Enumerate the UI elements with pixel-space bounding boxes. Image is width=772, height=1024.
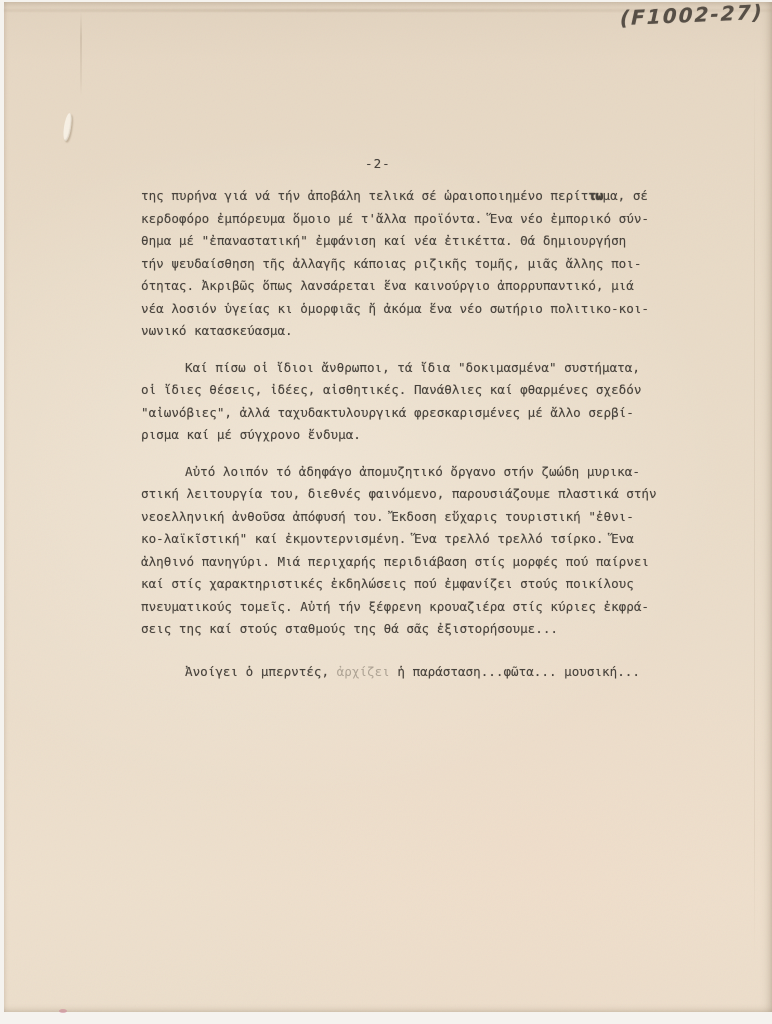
document-page: (F1002-27) -2- της πυρήνα γιά νά τήν ἀπο… bbox=[4, 2, 772, 1012]
text-line: ότητας. Ἀκριβῶς ὅπως λανσάρεται ἕνα καιν… bbox=[141, 275, 686, 298]
paper-crease-left bbox=[80, 12, 82, 96]
typewritten-text: της πυρήνα γιά νά τήν ἀποβάλη τελικά σέ … bbox=[141, 185, 686, 683]
text-line: ἀληθινό πανηγύρι. Μιά περιχαρής περιδιάβ… bbox=[141, 551, 686, 574]
paragraph-4: Ἀνοίγει ὁ μπερντές, ἀρχίζει ἡ παράσταση.… bbox=[141, 661, 686, 684]
text-line: τήν ψευδαίσθηση τῆς ἀλλαγῆς κάποιας ριζι… bbox=[141, 253, 686, 276]
text-line: πνευματικούς τομεῖς. Αὐτή τήν ξέφρενη κρ… bbox=[141, 596, 686, 619]
text-segment: ἡ παράσταση...φῶτα... μουσική... bbox=[390, 664, 640, 679]
text-line: καί στίς χαρακτηριστικές ἐκδηλώσεις πού … bbox=[141, 573, 686, 596]
text-line: ρισμα καί μέ σύγχρονο ἔνδυμα. bbox=[141, 424, 686, 447]
text-line: νέα λοσιόν ὑγείας κι ὁμορφιᾶς ἤ ἀκόμα ἕν… bbox=[141, 298, 686, 321]
text-line: Καί πίσω οἱ ἴδιοι ἄνθρωποι, τά ἴδια "δοκ… bbox=[141, 357, 686, 380]
text-line: Ἀνοίγει ὁ μπερντές, ἀρχίζει ἡ παράσταση.… bbox=[141, 661, 686, 684]
text-line: νεοελληνική ἀνθοῦσα ἀπόφυσή του. Ἔκδοση … bbox=[141, 506, 686, 529]
text-line: "αἰωνόβιες", ἀλλά ταχυδακτυλουργικά φρεσ… bbox=[141, 402, 686, 425]
text-line: Αὐτό λοιπόν τό ἀδηφάγο ἀπομυζητικό ὄργαν… bbox=[141, 461, 686, 484]
text-line: στική λειτουργία του, διεθνές φαινόμενο,… bbox=[141, 483, 686, 506]
text-line: σεις της καί στούς σταθμούς της θά σᾶς ἐ… bbox=[141, 618, 686, 641]
text-line: νωνικό κατασκεύασμα. bbox=[141, 320, 686, 343]
faded-text: ἀρχίζει bbox=[337, 664, 390, 679]
handwritten-annotation: (F1002-27) bbox=[620, 0, 764, 30]
page-number: -2- bbox=[365, 156, 391, 171]
text-segment: Ἀνοίγει ὁ μπερντές, bbox=[185, 664, 337, 679]
text-line: κερδοφόρο ἐμπόρευμα ὅμοιο μέ τ'ἄλλα προϊ… bbox=[141, 208, 686, 231]
text-line: οἱ ἴδιες θέσεις, ἰδέες, αἰσθητικές. Πανά… bbox=[141, 379, 686, 402]
paragraph-2: Καί πίσω οἱ ἴδιοι ἄνθρωποι, τά ἴδια "δοκ… bbox=[141, 357, 686, 447]
paragraph-3: Αὐτό λοιπόν τό ἀδηφάγο ἀπομυζητικό ὄργαν… bbox=[141, 461, 686, 641]
paper-crease-right bbox=[754, 62, 756, 962]
paragraph-1: της πυρήνα γιά νά τήν ἀποβάλη τελικά σέ … bbox=[141, 185, 686, 343]
text-segment: της πυρήνα γιά νά τήν ἀποβάλη τελικά σέ … bbox=[141, 188, 588, 203]
text-line: της πυρήνα γιά νά τήν ἀποβάλη τελικά σέ … bbox=[141, 185, 686, 208]
text-line: θημα μέ "ἐπαναστατική" ἐμφάνιση καί νέα … bbox=[141, 230, 686, 253]
overstruck-text: τω bbox=[588, 188, 602, 203]
text-segment: μα, σέ bbox=[603, 188, 649, 203]
scanner-mark bbox=[59, 1009, 67, 1013]
paper-flaw bbox=[62, 113, 72, 142]
text-line: κο-λαϊκῖστική" καί ἐκμοντερνισμένη. Ἕνα … bbox=[141, 528, 686, 551]
